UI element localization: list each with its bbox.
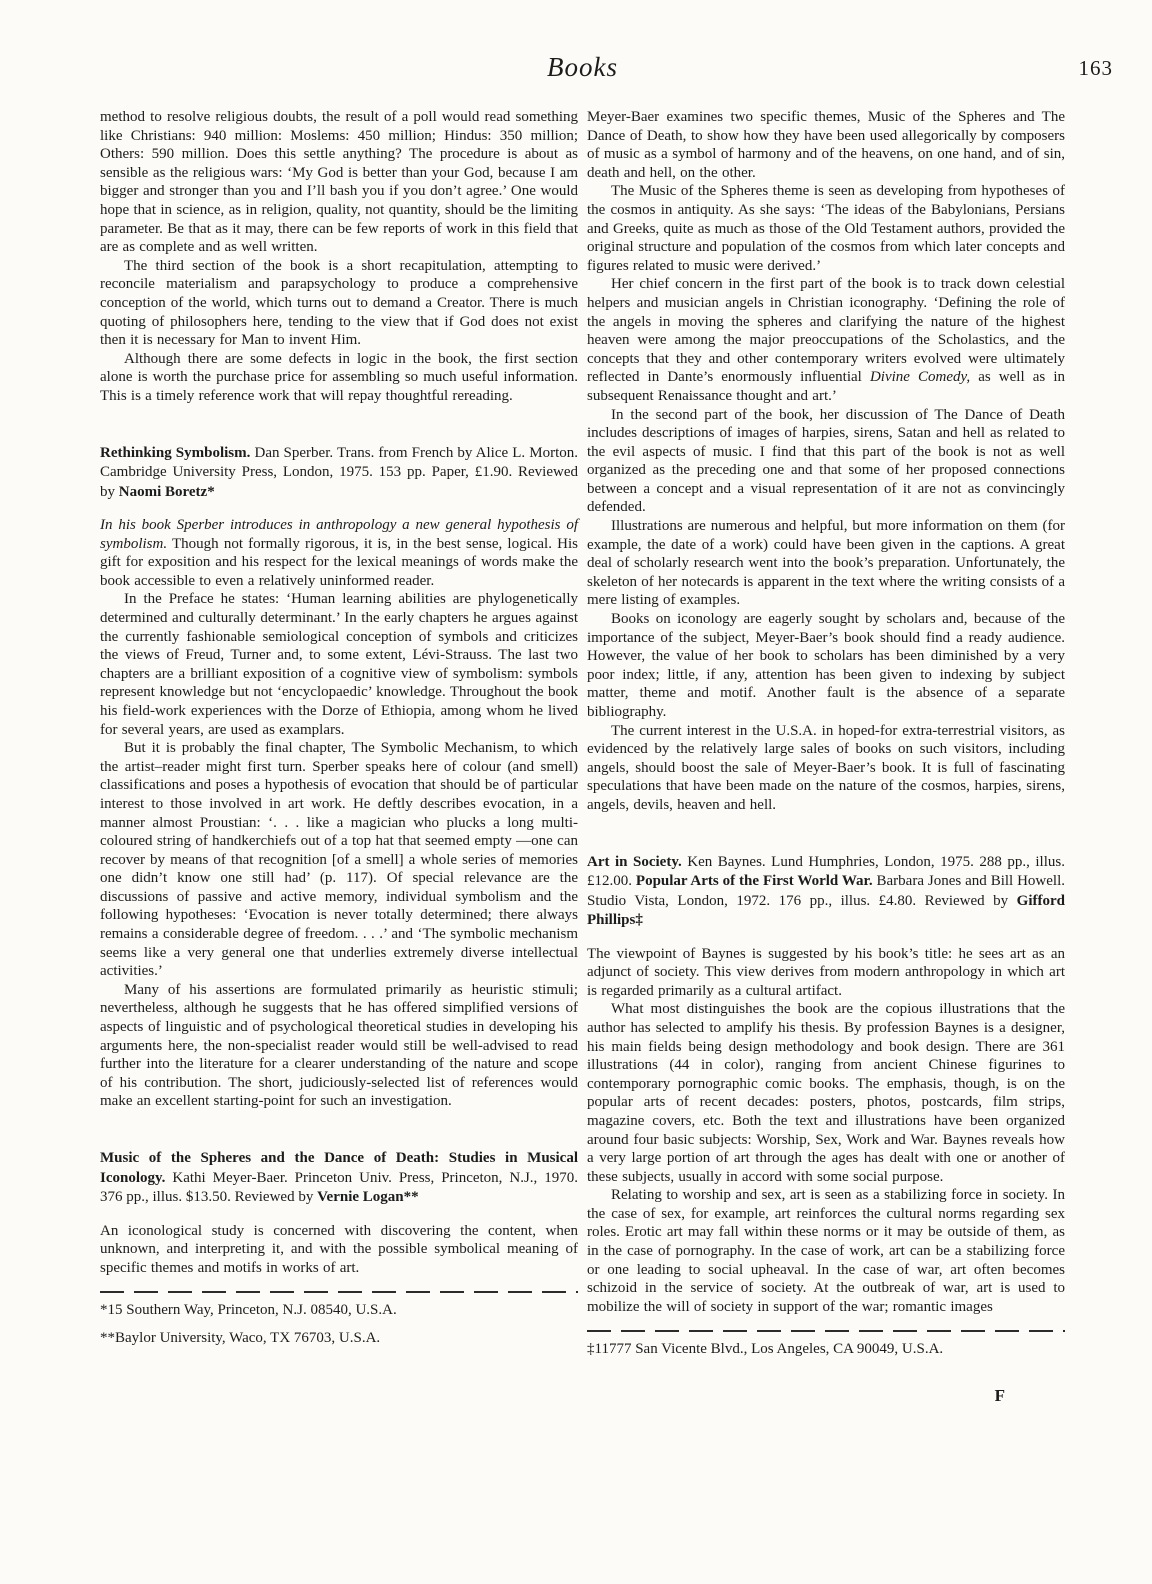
text-columns: method to resolve religious doubts, the … [100,108,1065,1406]
reviewer-name: Vernie Logan** [317,1189,419,1205]
paragraph: The viewpoint of Baynes is suggested by … [587,945,1065,1001]
paragraph: In the second part of the book, her disc… [587,406,1065,518]
paragraph: In his book Sperber introduces in anthro… [100,516,578,590]
paragraph: Relating to worship and sex, art is seen… [587,1186,1065,1316]
paragraph: Books on iconology are eagerly sought by… [587,610,1065,722]
paragraph: Many of his assertions are formulated pr… [100,981,578,1111]
book-title: Popular Arts of the First World War. [636,873,873,889]
paragraph-text: Though not formally rigorous, it is, in … [100,536,578,589]
footnote-rule [100,1291,578,1293]
journal-page: Books 163 method to resolve religious do… [0,0,1152,1584]
review-heading-baynes: Art in Society. Ken Baynes. Lund Humphri… [587,853,1065,931]
book-title: Art in Society. [587,854,682,870]
paragraph: Illustrations are numerous and helpful, … [587,517,1065,610]
running-title: Books [100,52,1065,83]
paragraph: Meyer-Baer examines two specific themes,… [587,108,1065,182]
paragraph: An iconological study is concerned with … [100,1222,578,1278]
paragraph: In the Preface he states: ‘Human learnin… [100,590,578,739]
book-title: Rethinking Symbolism. [100,445,250,461]
footnote: ‡11777 San Vicente Blvd., Los Angeles, C… [587,1339,1065,1360]
paragraph: The Music of the Spheres theme is seen a… [587,182,1065,275]
paragraph: The current interest in the U.S.A. in ho… [587,722,1065,815]
paragraph: What most distinguishes the book are the… [587,1000,1065,1186]
page-number: 163 [1079,56,1114,81]
page-header: Books 163 [100,52,1065,88]
right-column: Meyer-Baer examines two specific themes,… [587,108,1065,1406]
paragraph: Her chief concern in the first part of t… [587,275,1065,405]
left-column: method to resolve religious doubts, the … [100,108,578,1406]
paragraph: The third section of the book is a short… [100,257,578,350]
footnote-rule [587,1330,1065,1332]
footnote: **Baylor University, Waco, TX 76703, U.S… [100,1328,578,1349]
review-heading-meyerbaer: Music of the Spheres and the Dance of De… [100,1149,578,1208]
signature-mark: F [587,1386,1005,1406]
paragraph: Although there are some defects in logic… [100,350,578,406]
reviewer-name: Naomi Boretz* [119,484,215,500]
footnote: *15 Southern Way, Princeton, N.J. 08540,… [100,1300,578,1321]
paragraph: But it is probably the final chapter, Th… [100,739,578,981]
review-heading-sperber: Rethinking Symbolism. Dan Sperber. Trans… [100,444,578,503]
paragraph: method to resolve religious doubts, the … [100,108,578,257]
book-title-inline: Divine Comedy, [870,369,970,385]
